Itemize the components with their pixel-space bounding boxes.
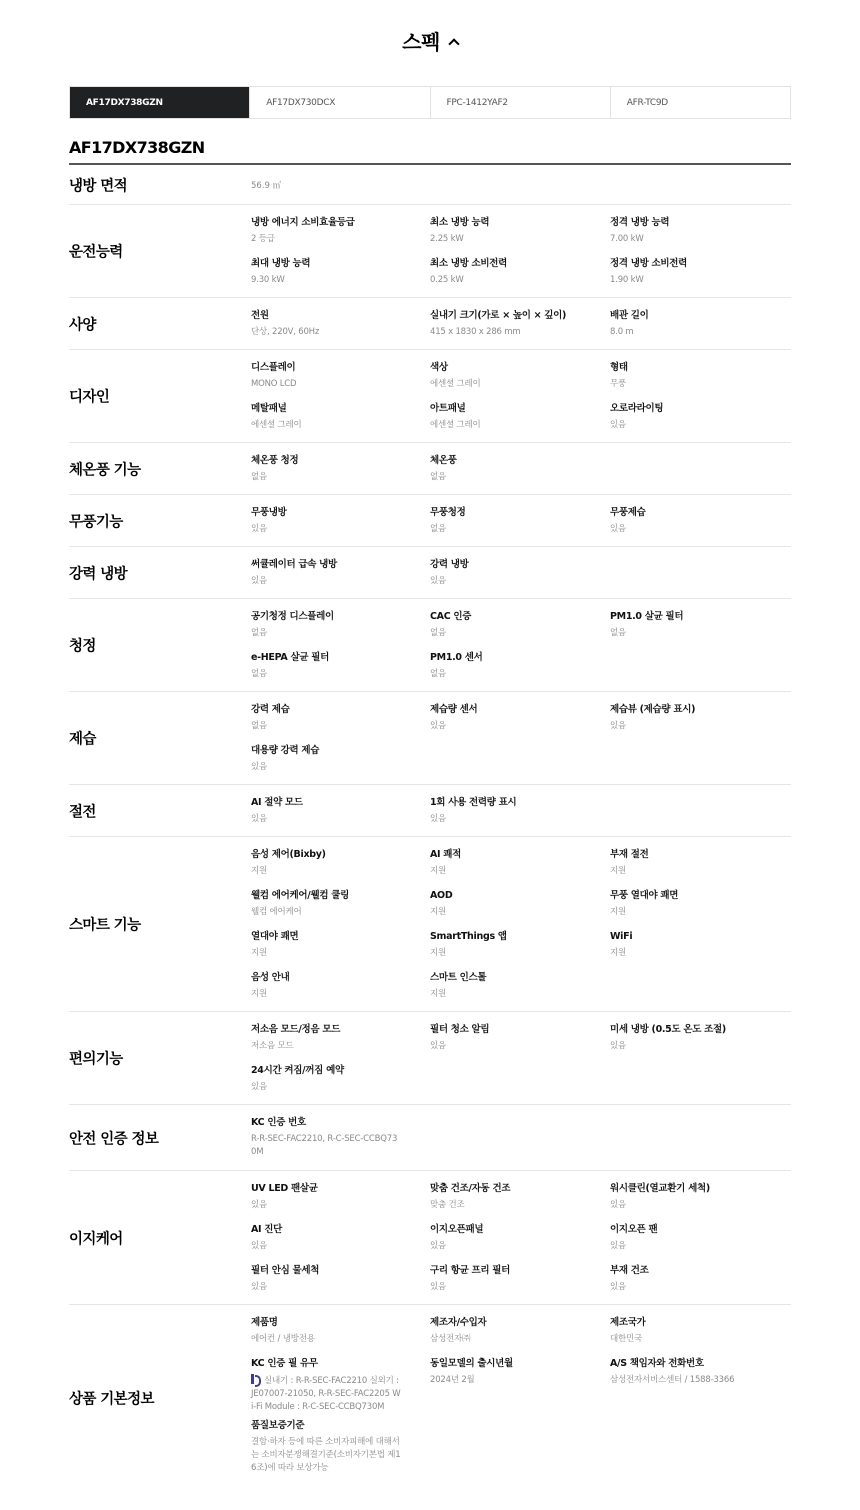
spec-key: 색상 <box>430 361 610 375</box>
spec-value: 없음 <box>610 627 790 639</box>
tab-model-1[interactable]: AF17DX738GZN <box>70 87 249 118</box>
spec-item: 스마트 인스톨지원 <box>430 971 610 1012</box>
spec-key: 부재 절전 <box>610 848 790 862</box>
section-label: 무풍기능 <box>69 510 123 531</box>
spec-item: 이지오픈패널있음 <box>430 1223 610 1264</box>
chevron-up-icon[interactable] <box>448 38 459 49</box>
section-spec: 사양 전원단상, 220V, 60Hz 실내기 크기(가로 × 높이 × 깊이)… <box>69 298 791 350</box>
spec-key: 대용량 강력 제습 <box>251 744 430 758</box>
spec-value: 있음 <box>610 1199 790 1211</box>
spec-key: 강력 제습 <box>251 703 430 717</box>
spec-item: 전원단상, 220V, 60Hz <box>251 309 430 350</box>
spec-key: 무풍청정 <box>430 506 610 520</box>
section-dehumidify: 제습 강력 제습없음 제습량 센서있음 제습뷰 (제습량 표시)있음 대용량 강… <box>69 692 791 785</box>
section-smart: 스마트 기능 음성 제어(Bixby)지원 AI 쾌적지원 부재 절전지원 웰컴… <box>69 837 791 1012</box>
section-label: 상품 기본정보 <box>69 1388 154 1409</box>
spec-value: 있음 <box>251 575 430 587</box>
spec-value: 무풍 <box>610 378 790 390</box>
spec-item: 최소 냉방 능력2.25 kW <box>430 216 610 257</box>
spec-value-wrap: 실내기 : R-R-SEC-FAC2210 실외기 : JE07007-2105… <box>251 1374 401 1414</box>
spec-value: 없음 <box>430 627 610 639</box>
spec-key: 부재 건조 <box>610 1264 790 1278</box>
spec-value: 있음 <box>610 1040 790 1052</box>
spec-grid: 무풍냉방있음 무풍청정없음 무풍제습있음 <box>251 495 791 551</box>
spec-grid: AI 절약 모드있음 1회 사용 전력량 표시있음 <box>251 785 791 841</box>
spec-key: 무풍냉방 <box>251 506 430 520</box>
spec-item: AI 절약 모드있음 <box>251 796 430 837</box>
section-safety: 안전 인증 정보 KC 인증 번호R-R-SEC-FAC2210, R-C-SE… <box>69 1105 791 1171</box>
section-purify: 청정 공기청정 디스플레이없음 CAC 인증없음 PM1.0 살균 필터없음 e… <box>69 599 791 692</box>
spec-key: WiFi <box>610 930 790 944</box>
spec-item: 제습뷰 (제습량 표시)있음 <box>610 703 790 744</box>
spec-value: 없음 <box>251 720 430 732</box>
spec-item: 필터 청소 알림있음 <box>430 1023 610 1064</box>
spec-grid: 저소음 모드/정음 모드저소음 모드 필터 청소 알림있음 미세 냉방 (0.5… <box>251 1012 791 1109</box>
spec-value: 없음 <box>251 668 430 680</box>
spec-grid: 디스플레이MONO LCD 색상에센셜 그레이 형태무풍 메탈패널에센셜 그레이… <box>251 350 791 447</box>
spec-key: 메탈패널 <box>251 402 430 416</box>
spec-item: 부재 건조있음 <box>610 1264 790 1305</box>
spec-value: 없음 <box>251 627 430 639</box>
spec-key: 웰컴 에어케어/웰컴 쿨링 <box>251 889 430 903</box>
spec-key: 체온풍 <box>430 454 610 468</box>
spec-value: MONO LCD <box>251 378 430 390</box>
spec-item: 색상에센셜 그레이 <box>430 361 610 402</box>
spec-item: e-HEPA 살균 필터없음 <box>251 651 430 692</box>
spec-item: 정격 냉방 소비전력1.90 kW <box>610 257 790 298</box>
section-label: 사양 <box>69 313 96 334</box>
spec-item: 대용량 강력 제습있음 <box>251 744 430 785</box>
spec-item: 제품명에어컨 / 냉방전용 <box>251 1316 430 1357</box>
spec-item: KC 인증 필 유무실내기 : R-R-SEC-FAC2210 실외기 : JE… <box>251 1357 430 1419</box>
spec-item: 강력 냉방있음 <box>430 558 610 599</box>
section-label: 운전능력 <box>69 241 123 262</box>
spec-key: 무풍제습 <box>610 506 790 520</box>
spec-item: AI 진단있음 <box>251 1223 430 1264</box>
spec-value: 있음 <box>610 419 790 431</box>
spec-value: 에어컨 / 냉방전용 <box>251 1333 430 1345</box>
spec-value: 있음 <box>430 1281 610 1293</box>
spec-section-toggle[interactable]: 스펙 <box>0 26 860 55</box>
spec-value: 에센셜 그레이 <box>251 419 430 431</box>
section-label: 안전 인증 정보 <box>69 1127 158 1148</box>
spec-value: 2024년 2월 <box>430 1374 610 1386</box>
section-easycare: 이지케어 UV LED 팬살균있음 맞춤 건조/자동 건조맞춤 건조 워시클린(… <box>69 1171 791 1305</box>
spec-item: 무풍냉방있음 <box>251 506 430 547</box>
spec-item: 실내기 크기(가로 × 높이 × 깊이)415 x 1830 x 286 mm <box>430 309 610 350</box>
model-title: AF17DX738GZN <box>69 138 205 157</box>
spec-key: 무풍 열대야 쾌면 <box>610 889 790 903</box>
section-convenience: 편의기능 저소음 모드/정음 모드저소음 모드 필터 청소 알림있음 미세 냉방… <box>69 1012 791 1105</box>
spec-key: 오로라라이팅 <box>610 402 790 416</box>
spec-value: 단상, 220V, 60Hz <box>251 326 430 338</box>
spec-value: 있음 <box>251 1081 430 1093</box>
spec-item: 공기청정 디스플레이없음 <box>251 610 430 651</box>
spec-key: 열대야 쾌면 <box>251 930 430 944</box>
spec-key: 품질보증기준 <box>251 1419 430 1433</box>
spec-value: 있음 <box>251 761 430 773</box>
spec-item: 무풍제습있음 <box>610 506 790 547</box>
spec-key: PM1.0 살균 필터 <box>610 610 790 624</box>
spec-value: 있음 <box>610 720 790 732</box>
spec-value: 있음 <box>430 575 610 587</box>
spec-key: 워시클린(열교환기 세척) <box>610 1182 790 1196</box>
spec-value: 삼성전자서비스센터 / 1588-3366 <box>610 1374 790 1386</box>
spec-grid: UV LED 팬살균있음 맞춤 건조/자동 건조맞춤 건조 워시클린(열교환기 … <box>251 1171 791 1309</box>
spec-key: 정격 냉방 소비전력 <box>610 257 790 271</box>
spec-value: 없음 <box>430 668 610 680</box>
spec-key: 필터 청소 알림 <box>430 1023 610 1037</box>
spec-key: PM1.0 센서 <box>430 651 610 665</box>
tab-model-3[interactable]: FPC-1412YAF2 <box>430 87 610 118</box>
section-performance: 운전능력 냉방 에너지 소비효율등급2 등급 최소 냉방 능력2.25 kW 정… <box>69 205 791 298</box>
spec-key: 디스플레이 <box>251 361 430 375</box>
section-label: 강력 냉방 <box>69 562 127 583</box>
spec-key: KC 인증 필 유무 <box>251 1357 430 1371</box>
spec-grid: 체온풍 청정없음 체온풍없음 <box>251 443 791 499</box>
spec-item: 이지오픈 팬있음 <box>610 1223 790 1264</box>
section-strong-cooling: 강력 냉방 써큘레이터 급속 냉방있음 강력 냉방있음 <box>69 547 791 599</box>
spec-key: 냉방 에너지 소비효율등급 <box>251 216 430 230</box>
spec-value: R-R-SEC-FAC2210, R-C-SEC-CCBQ730M <box>251 1133 401 1159</box>
spec-item: 웰컴 에어케어/웰컴 쿨링웰컴 에어케어 <box>251 889 430 930</box>
spec-item: A/S 책임자와 전화번호삼성전자서비스센터 / 1588-3366 <box>610 1357 790 1419</box>
spec-key: 배관 길이 <box>610 309 790 323</box>
spec-value: 없음 <box>430 523 610 535</box>
spec-item: AOD지원 <box>430 889 610 930</box>
spec-grid: KC 인증 번호R-R-SEC-FAC2210, R-C-SEC-CCBQ730… <box>251 1105 791 1170</box>
spec-key: 최소 냉방 능력 <box>430 216 610 230</box>
spec-key: AI 쾌적 <box>430 848 610 862</box>
spec-value: 있음 <box>251 1240 430 1252</box>
spec-value: 지원 <box>251 988 430 1000</box>
spec-value: 있음 <box>251 1281 430 1293</box>
spec-value: 있음 <box>610 1281 790 1293</box>
spec-key: 맞춤 건조/자동 건조 <box>430 1182 610 1196</box>
spec-key: 24시간 켜짐/꺼짐 예약 <box>251 1064 430 1078</box>
spec-item: 최소 냉방 소비전력0.25 kW <box>430 257 610 298</box>
spec-item: 제조국가대한민국 <box>610 1316 790 1357</box>
spec-grid: 써큘레이터 급속 냉방있음 강력 냉방있음 <box>251 547 791 603</box>
spec-item: 최대 냉방 능력9.30 kW <box>251 257 430 298</box>
spec-key: e-HEPA 살균 필터 <box>251 651 430 665</box>
spec-table: 냉방 면적 56.9 ㎡ 운전능력 냉방 에너지 소비효율등급2 등급 최소 냉… <box>69 165 791 1491</box>
spec-value: 삼성전자㈜ <box>430 1333 610 1345</box>
spec-key: 동일모델의 출시년월 <box>430 1357 610 1371</box>
spec-grid: 강력 제습없음 제습량 센서있음 제습뷰 (제습량 표시)있음 대용량 강력 제… <box>251 692 791 789</box>
spec-key: AI 절약 모드 <box>251 796 430 810</box>
spec-item: 메탈패널에센셜 그레이 <box>251 402 430 443</box>
spec-item: SmartThings 앱지원 <box>430 930 610 971</box>
section-windfree: 무풍기능 무풍냉방있음 무풍청정없음 무풍제습있음 <box>69 495 791 547</box>
section-label: 편의기능 <box>69 1048 123 1069</box>
spec-value: 1.90 kW <box>610 274 790 286</box>
spec-value: 415 x 1830 x 286 mm <box>430 326 610 338</box>
spec-value: 56.9 ㎡ <box>251 179 281 191</box>
spec-key: CAC 인증 <box>430 610 610 624</box>
spec-grid: 공기청정 디스플레이없음 CAC 인증없음 PM1.0 살균 필터없음 e-HE… <box>251 599 791 696</box>
spec-title: 스펙 <box>402 30 440 54</box>
spec-value: 지원 <box>610 947 790 959</box>
spec-item: KC 인증 번호R-R-SEC-FAC2210, R-C-SEC-CCBQ730… <box>251 1116 430 1166</box>
spec-key: A/S 책임자와 전화번호 <box>610 1357 790 1371</box>
spec-item: 체온풍 청정없음 <box>251 454 430 495</box>
spec-grid: 음성 제어(Bixby)지원 AI 쾌적지원 부재 절전지원 웰컴 에어케어/웰… <box>251 837 791 1016</box>
spec-key: 최소 냉방 소비전력 <box>430 257 610 271</box>
section-basic-info: 상품 기본정보 제품명에어컨 / 냉방전용 제조자/수입자삼성전자㈜ 제조국가대… <box>69 1305 791 1491</box>
spec-value: 저소음 모드 <box>251 1040 430 1052</box>
spec-item: 디스플레이MONO LCD <box>251 361 430 402</box>
spec-item: 품질보증기준결함·하자 등에 따른 소비자피해에 대해서는 소비자분쟁해결기준(… <box>251 1419 430 1481</box>
spec-item: 부재 절전지원 <box>610 848 790 889</box>
section-design: 디자인 디스플레이MONO LCD 색상에센셜 그레이 형태무풍 메탈패널에센셜… <box>69 350 791 443</box>
spec-key: 1회 사용 전력량 표시 <box>430 796 610 810</box>
spec-key: 형태 <box>610 361 790 375</box>
spec-key: 체온풍 청정 <box>251 454 430 468</box>
spec-value: 있음 <box>430 1240 610 1252</box>
spec-grid: 제품명에어컨 / 냉방전용 제조자/수입자삼성전자㈜ 제조국가대한민국 KC 인… <box>251 1305 791 1485</box>
spec-key: 제조국가 <box>610 1316 790 1330</box>
spec-key: 제조자/수입자 <box>430 1316 610 1330</box>
spec-item: 음성 안내지원 <box>251 971 430 1012</box>
spec-item: 배관 길이8.0 m <box>610 309 790 350</box>
spec-key: AOD <box>430 889 610 903</box>
spec-value: 에센셜 그레이 <box>430 419 610 431</box>
spec-value: 결함·하자 등에 따른 소비자피해에 대해서는 소비자분쟁해결기준(소비자기본법… <box>251 1436 401 1475</box>
spec-item: 1회 사용 전력량 표시있음 <box>430 796 610 837</box>
spec-value: 없음 <box>251 471 430 483</box>
model-tabs: AF17DX738GZN AF17DX730DCX FPC-1412YAF2 A… <box>69 86 791 119</box>
section-label: 냉방 면적 <box>69 174 127 195</box>
spec-item: UV LED 팬살균있음 <box>251 1182 430 1223</box>
spec-item: 열대야 쾌면지원 <box>251 930 430 971</box>
spec-value: 실내기 : R-R-SEC-FAC2210 실외기 : JE07007-2105… <box>251 1376 401 1412</box>
spec-key: UV LED 팬살균 <box>251 1182 430 1196</box>
spec-item: 강력 제습없음 <box>251 703 430 744</box>
spec-value: 웰컴 에어케어 <box>251 906 430 918</box>
spec-key: 저소음 모드/정음 모드 <box>251 1023 430 1037</box>
spec-item: 무풍청정없음 <box>430 506 610 547</box>
spec-value: 9.30 kW <box>251 274 430 286</box>
spec-item: 맞춤 건조/자동 건조맞춤 건조 <box>430 1182 610 1223</box>
spec-key: 필터 안심 물세척 <box>251 1264 430 1278</box>
spec-grid: 냉방 에너지 소비효율등급2 등급 최소 냉방 능력2.25 kW 정격 냉방 … <box>251 205 791 302</box>
spec-key: 실내기 크기(가로 × 높이 × 깊이) <box>430 309 610 323</box>
spec-value: 0.25 kW <box>430 274 610 286</box>
spec-key: 공기청정 디스플레이 <box>251 610 430 624</box>
spec-item: 워시클린(열교환기 세척)있음 <box>610 1182 790 1223</box>
spec-key: 제품명 <box>251 1316 430 1330</box>
spec-key: 아트패널 <box>430 402 610 416</box>
spec-value: 있음 <box>610 523 790 535</box>
spec-grid: 전원단상, 220V, 60Hz 실내기 크기(가로 × 높이 × 깊이)415… <box>251 298 791 354</box>
spec-item: 써큘레이터 급속 냉방있음 <box>251 558 430 599</box>
spec-item: PM1.0 센서없음 <box>430 651 610 692</box>
spec-value: 없음 <box>430 471 610 483</box>
section-label: 이지케어 <box>69 1227 123 1248</box>
spec-value: 있음 <box>430 1040 610 1052</box>
section-cooling-area: 냉방 면적 56.9 ㎡ <box>69 165 791 205</box>
spec-value: 7.00 kW <box>610 233 790 245</box>
spec-item: 오로라라이팅있음 <box>610 402 790 443</box>
spec-value: 2.25 kW <box>430 233 610 245</box>
spec-item: 아트패널에센셜 그레이 <box>430 402 610 443</box>
spec-key: 최대 냉방 능력 <box>251 257 430 271</box>
spec-item: CAC 인증없음 <box>430 610 610 651</box>
spec-key: 음성 안내 <box>251 971 430 985</box>
tab-model-2[interactable]: AF17DX730DCX <box>249 87 429 118</box>
section-body-temp: 체온풍 기능 체온풍 청정없음 체온풍없음 <box>69 443 791 495</box>
spec-key: 이지오픈패널 <box>430 1223 610 1237</box>
spec-value: 지원 <box>251 865 430 877</box>
section-label: 스마트 기능 <box>69 914 140 935</box>
spec-item: 형태무풍 <box>610 361 790 402</box>
spec-value: 지원 <box>610 865 790 877</box>
spec-key: 이지오픈 팬 <box>610 1223 790 1237</box>
section-label: 제습 <box>69 728 96 749</box>
spec-key: 음성 제어(Bixby) <box>251 848 430 862</box>
spec-key: SmartThings 앱 <box>430 930 610 944</box>
section-label: 청정 <box>69 635 96 656</box>
spec-value: 있음 <box>610 1240 790 1252</box>
spec-item: AI 쾌적지원 <box>430 848 610 889</box>
spec-value: 지원 <box>430 988 610 1000</box>
spec-key: 제습뷰 (제습량 표시) <box>610 703 790 717</box>
spec-item: 저소음 모드/정음 모드저소음 모드 <box>251 1023 430 1064</box>
spec-value: 있음 <box>430 813 610 825</box>
spec-value: 있음 <box>251 523 430 535</box>
spec-item: 구리 항균 프리 필터있음 <box>430 1264 610 1305</box>
spec-value: 지원 <box>430 947 610 959</box>
spec-item: 제습량 센서있음 <box>430 703 610 744</box>
spec-item: 음성 제어(Bixby)지원 <box>251 848 430 889</box>
spec-value: 있음 <box>251 813 430 825</box>
kc-mark-icon <box>251 1374 260 1384</box>
spec-key: 미세 냉방 (0.5도 온도 조절) <box>610 1023 790 1037</box>
section-power-saving: 절전 AI 절약 모드있음 1회 사용 전력량 표시있음 <box>69 785 791 837</box>
spec-item: 무풍 열대야 쾌면지원 <box>610 889 790 930</box>
spec-key: 정격 냉방 능력 <box>610 216 790 230</box>
spec-item: 제조자/수입자삼성전자㈜ <box>430 1316 610 1357</box>
section-label: 디자인 <box>69 386 109 407</box>
spec-value: 8.0 m <box>610 326 790 338</box>
spec-value: 대한민국 <box>610 1333 790 1345</box>
spec-value: 맞춤 건조 <box>430 1199 610 1211</box>
spec-key: AI 진단 <box>251 1223 430 1237</box>
spec-value: 지원 <box>430 906 610 918</box>
spec-key: 강력 냉방 <box>430 558 610 572</box>
spec-key: 써큘레이터 급속 냉방 <box>251 558 430 572</box>
spec-item: 24시간 켜짐/꺼짐 예약있음 <box>251 1064 430 1105</box>
section-label: 절전 <box>69 800 96 821</box>
tab-model-4[interactable]: AFR-TC9D <box>610 87 790 118</box>
spec-item: 체온풍없음 <box>430 454 610 495</box>
spec-item: 동일모델의 출시년월2024년 2월 <box>430 1357 610 1419</box>
spec-value: 지원 <box>251 947 430 959</box>
spec-value: 지원 <box>610 906 790 918</box>
spec-key: 스마트 인스톨 <box>430 971 610 985</box>
spec-item: PM1.0 살균 필터없음 <box>610 610 790 651</box>
spec-value: 있음 <box>251 1199 430 1211</box>
spec-item: WiFi지원 <box>610 930 790 971</box>
spec-key: 구리 항균 프리 필터 <box>430 1264 610 1278</box>
spec-item: 미세 냉방 (0.5도 온도 조절)있음 <box>610 1023 790 1064</box>
spec-value: 에센셜 그레이 <box>430 378 610 390</box>
spec-value: 2 등급 <box>251 233 430 245</box>
spec-key: KC 인증 번호 <box>251 1116 430 1130</box>
section-label: 체온풍 기능 <box>69 458 140 479</box>
spec-key: 제습량 센서 <box>430 703 610 717</box>
spec-value: 있음 <box>430 720 610 732</box>
spec-item: 정격 냉방 능력7.00 kW <box>610 216 790 257</box>
spec-item: 필터 안심 물세척있음 <box>251 1264 430 1305</box>
spec-key: 전원 <box>251 309 430 323</box>
spec-item: 냉방 에너지 소비효율등급2 등급 <box>251 216 430 257</box>
spec-value: 지원 <box>430 865 610 877</box>
